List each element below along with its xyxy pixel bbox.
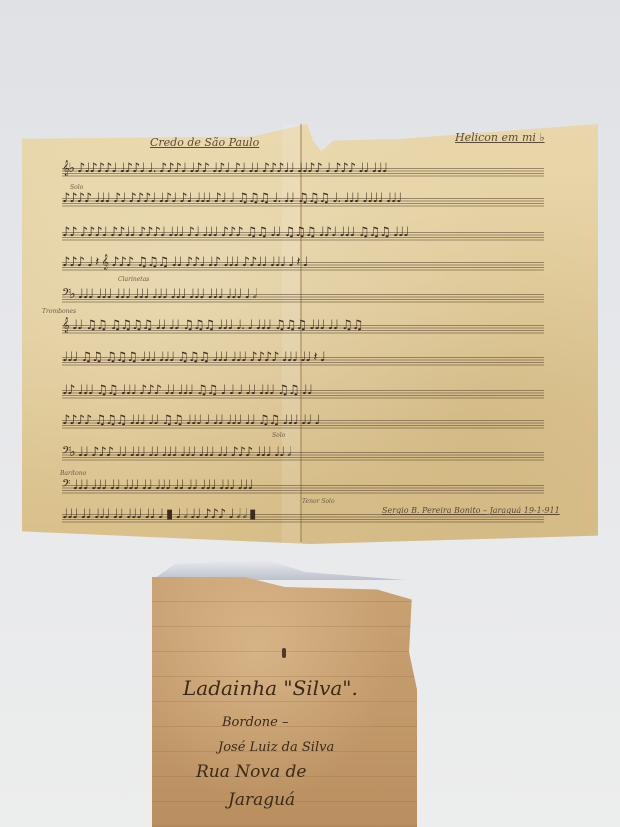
staff-notes: 𝄞 ♩♩ ♫♫ ♫♫♫♫ ♩♩ ♩♩ ♫♫♫ ♩♩♩ ♩. ♩ ♩♩♩ ♫♫♫ … <box>62 317 544 335</box>
manuscript-title-right: Helicon em mi ♭ <box>455 131 545 144</box>
staff-notes: ♪♪♪ ♩ 𝄽 𝄞 ♪♪♪ ♫♫♫ ♩♩ ♪♪♩ ♩♪ ♩♩♩ ♪♪♩♩ ♩♩♩… <box>62 254 462 272</box>
staff-notes: ♩♪ ♩♩♩ ♫♫ ♩♩♩ ♪♪♪ ♩♩ ♩♩♩ ♫♫ ♩ ♩ ♩ ♩♩ ♩♩♩… <box>62 382 544 400</box>
annotation-solo-2: Solo <box>272 432 285 439</box>
cover-line: Rua Nova de <box>196 762 306 782</box>
annotation-tenor-solo: Tenor Solo <box>302 498 335 505</box>
staff-notes: ♪♪♪♪ ♫♫♫ ♩♩♩ ♩♩ ♫♫ ♩♩♩ ♩ ♩♩ ♩♩♩ ♩♩ ♫♫ ♩♩… <box>62 412 544 430</box>
staff-notes: ♪♪♪♪ ♩♩♩ ♪♩ ♪♪♪♩ ♩♪♩ ♪♩ ♩♩♩ ♪♩ ♩ ♫♫♫ ♩. … <box>62 190 544 208</box>
staff-notes: ♩♩♩ ♫♫ ♫♫♫ ♩♩♩ ♩♩♩ ♫♫♫ ♩♩♩ ♩♩♩ ♪♪♪♪ ♩♩♩ … <box>62 349 544 367</box>
cover-line: Bordone – <box>222 715 288 730</box>
cover-line: José Luiz da Silva <box>218 740 334 755</box>
staff-notes: 𝄢♭ ♩♩♩ ♩♩♩ ♩♩♩ ♩♩♩ ♩♩♩ ♩♩♩ ♩♩♩ ♩♩♩ ♩♩♩ ♩… <box>62 286 462 304</box>
staff-notes: ♪♪ ♪♪♪♩ ♪♪♩♩ ♪♪♪♩ ♩♩♩ ♪♩ ♩♩♩ ♪♪♪ ♫♫ ♩♩ ♫… <box>62 224 544 242</box>
annotation-trombones: Trombones <box>42 308 76 315</box>
annotation-clarinetas: Clarinetas <box>118 276 149 283</box>
annotation-baritono: Barítono <box>60 470 86 477</box>
manuscript-signature: Sergio B. Pereira Bonito – Jaraguá 19-1-… <box>382 506 560 515</box>
annotation-solo: Solo <box>70 184 83 191</box>
ink-mark <box>282 648 286 658</box>
staff-notes: 𝄞♭ ♪♩♪♪♪♩ ♩♪♪♩ ♩. ♪♪♪♩ ♩♪♪ ♩♪♩ ♪♩ ♩♩ ♪♪♪… <box>62 160 544 178</box>
staff-notes: 𝄢♭ ♩♩ ♪♪♪ ♩♩ ♩♩♩ ♩♩ ♩♩♩ ♩♩♩ ♩♩♩ ♩♩ ♪♪♪ ♩… <box>62 444 544 462</box>
staff-notes: 𝄢 ♩♩♩ ♩♩♩ ♩♩ ♩♩♩ ♩♩ ♩♩♩ ♩♩ ♩♩ ♩♩♩ ♩♩♩ ♩♩… <box>62 477 544 495</box>
staff-notes: ♩♩♩ ♩♩ ♩♩♩ ♩♩ ♩♩♩ ♩♩ ♩ ▮ ♩ 𝅗𝅥 ♩♩ ♪♪♪ ♩ 𝅗… <box>62 506 362 524</box>
cover-title: Ladainha "Silva". <box>183 676 358 700</box>
manuscript-title-left: Credo de São Paulo <box>150 136 259 149</box>
cover-line: Jaraguá <box>228 790 295 810</box>
